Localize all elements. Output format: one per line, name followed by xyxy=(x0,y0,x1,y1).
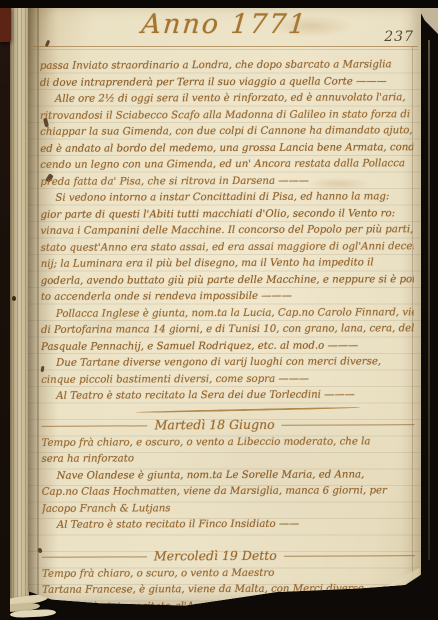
manuscript-line: Alle ore 2½ di oggi sera il vento è rinf… xyxy=(40,90,413,108)
manuscript-line: chiappar la sua Gimenda, con due colpi d… xyxy=(40,123,413,141)
manuscript-line: Al Teatro è stato recitato la Sera dei d… xyxy=(41,387,414,405)
manuscript-line: Si vedono intorno a instar Concittadini … xyxy=(40,189,413,207)
manuscript-line: Tempo frà chiaro, e oscuro, o vento a Li… xyxy=(41,434,414,452)
manuscript-line: Due Tartane diverse vengono di varij luo… xyxy=(41,354,414,372)
title-underline xyxy=(33,46,418,47)
manuscript-line: goderla, avendo buttato giù più parte de… xyxy=(41,272,414,290)
page-number: 237 xyxy=(384,29,414,45)
manuscript-line: Pasquale Pennachij, e Samuel Rodriquez, … xyxy=(41,338,414,356)
section-header: Martedì 18 Giugno xyxy=(41,415,414,434)
photo-frame: Anno 1771 237 passa Inviato straordinari… xyxy=(0,0,438,620)
gutter-crease xyxy=(37,8,39,614)
manuscript-line: di dove intraprenderà per Terra il suo v… xyxy=(40,74,413,92)
photo-top-border xyxy=(0,0,438,8)
manuscript-page: Anno 1771 237 passa Inviato straordinari… xyxy=(28,8,421,614)
manuscript-line: Al Teatro è stato recitato il Finco Insi… xyxy=(42,516,415,534)
manuscript-line: Tartana Francese, è giunta, viene da Mal… xyxy=(42,581,415,599)
manuscript-line: ed è andato al bordo del medemo, una gro… xyxy=(40,140,413,158)
page-stack-left-edge xyxy=(9,8,29,612)
manuscript-line: sera ha rinforzato xyxy=(42,450,415,468)
manuscript-line: Jacopo Franch & Lutjans xyxy=(42,500,415,518)
book-spine xyxy=(0,0,10,620)
manuscript-line: passa Inviato straordinario a Londra, ch… xyxy=(40,57,413,75)
manuscript-line: preda fatta da' Pisa, che si ritrova in … xyxy=(40,173,413,191)
section-header: Mercoledì 19 Detto xyxy=(42,546,415,565)
manuscript-line: to accenderla onde si rendeva impossibil… xyxy=(41,288,414,306)
manuscript-line: di Portofarina manca 14 giorni, e di Tun… xyxy=(41,321,414,339)
manuscript-line: Pollacca Inglese è giunta, nom.ta la Luc… xyxy=(41,305,414,323)
section-header-text: Martedì 18 Giugno xyxy=(155,416,275,432)
ink-flourish xyxy=(41,404,414,416)
manuscript-line: vinava i Campanini delle Macchine. Il co… xyxy=(41,222,414,240)
title-underline-faint xyxy=(33,49,418,50)
page-title: Anno 1771 xyxy=(27,9,423,40)
manuscript-line: Nave Olandese è giunta, nom.ta Le Sorell… xyxy=(42,467,415,485)
binding-dot xyxy=(12,296,16,301)
manuscript-line: stato quest'Anno era stato assai, ed era… xyxy=(41,239,414,257)
spine-leather-patch xyxy=(0,6,11,42)
manuscript-line: Al Teatro è stato recitato gl'Amanti per… xyxy=(42,598,415,616)
page-right-edge xyxy=(428,40,430,560)
manuscript-line: Tempo frà chiaro, o scuro, o vento a Mae… xyxy=(42,565,415,583)
manuscript-line: gior parte di questi l'Abiti tutti macch… xyxy=(40,206,413,224)
manuscript-line: nij; la Luminara era il più bel disegno,… xyxy=(41,255,414,273)
manuscript-body: passa Inviato straordinario a Londra, ch… xyxy=(40,57,415,616)
section-header-text: Mercoledì 19 Detto xyxy=(154,547,277,563)
manuscript-line: cendo un legno con una Gimenda, ed un' A… xyxy=(40,156,413,174)
manuscript-line: cinque piccoli bastimenti diversi, come … xyxy=(41,371,414,389)
body-spacer xyxy=(42,533,415,547)
manuscript-line: ritrovandosi il Sciabecco Scafo alla Mad… xyxy=(40,107,413,125)
manuscript-line: Cap.no Claas Hochmatten, viene da Marsig… xyxy=(42,483,415,501)
